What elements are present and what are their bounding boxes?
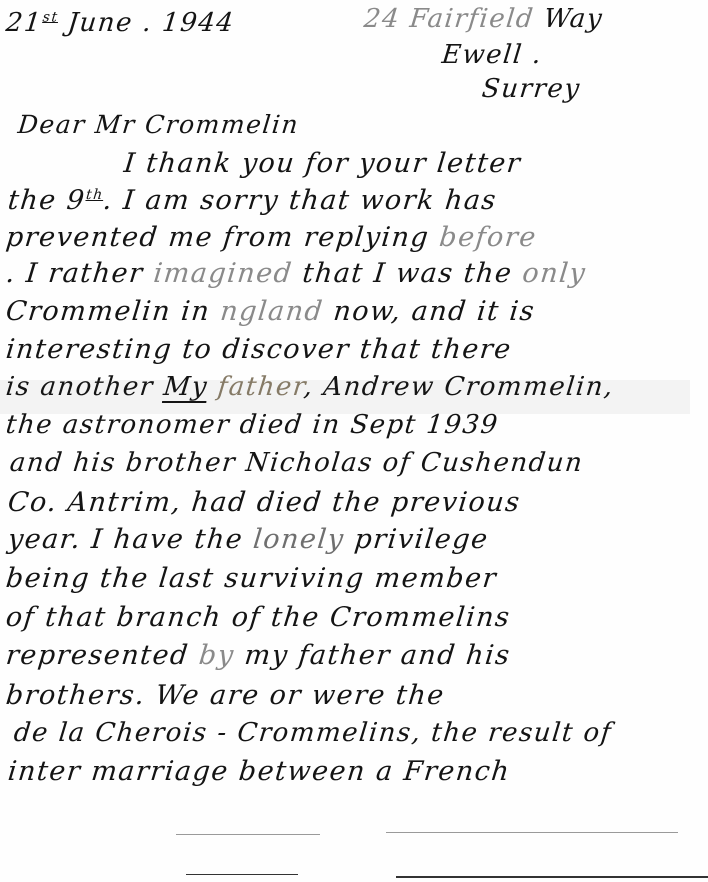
letter-line: Co. Antrim, had died the previous bbox=[6, 487, 522, 518]
line-text: th bbox=[85, 187, 104, 203]
address-way: Way bbox=[542, 4, 604, 34]
line-text: being the last surviving member bbox=[4, 563, 498, 594]
rule-line bbox=[176, 834, 320, 835]
address-line-3: Surrey bbox=[480, 74, 582, 104]
letter-line: being the last surviving member bbox=[4, 563, 498, 594]
salutation-dear: Dear bbox=[16, 110, 87, 139]
letter-line: year. I have the lonely privilege bbox=[6, 524, 490, 555]
line-text: the 9 bbox=[6, 185, 87, 216]
line-text: de la Cherois - Crommelins, the result o… bbox=[12, 718, 613, 748]
date-day-suffix: st bbox=[42, 9, 59, 25]
letter-line: is another My father, Andrew Crommelin, bbox=[4, 372, 615, 402]
letter-line: the 9th. I am sorry that work has bbox=[6, 185, 498, 216]
line-text: is another bbox=[4, 372, 165, 402]
line-text: brothers. We are or were the bbox=[4, 680, 446, 711]
line-text: year. I have the bbox=[6, 524, 255, 555]
letter-line: represented by my father and his bbox=[4, 640, 512, 671]
line-text: of that branch of the Crommelins bbox=[4, 602, 512, 633]
line-text: now, and it is bbox=[322, 296, 537, 327]
line-text: my father and his bbox=[233, 640, 512, 671]
line-text: and his brother Nicholas of Cushendun bbox=[8, 448, 584, 478]
letter-line: inter marriage between a French bbox=[6, 756, 512, 787]
letter-line: the astronomer died in Sept 1939 bbox=[4, 410, 500, 440]
line-text: I thank you for your letter bbox=[122, 148, 522, 179]
letter-line: de la Cherois - Crommelins, the result o… bbox=[12, 718, 613, 748]
line-text: interesting to discover that there bbox=[4, 334, 513, 365]
letter-line: . I rather imagined that I was the only bbox=[4, 258, 587, 289]
letter-page: 21st June . 1944 24 Fairfield Way Ewell … bbox=[0, 0, 708, 882]
salutation-name: Crommelin bbox=[144, 110, 301, 139]
address-line-2: Ewell . bbox=[440, 40, 543, 70]
letter-line: and his brother Nicholas of Cushendun bbox=[8, 448, 584, 478]
date-rest: June . 1944 bbox=[66, 8, 236, 38]
salutation-title: Mr bbox=[94, 110, 138, 139]
line-text: , Andrew Crommelin, bbox=[302, 372, 615, 402]
address-street: 24 Fairfield bbox=[362, 4, 535, 34]
letter-line: brothers. We are or were the bbox=[4, 680, 446, 711]
line-text: imagined bbox=[152, 258, 294, 289]
line-text: before bbox=[438, 222, 539, 253]
line-text: prevented me from replying bbox=[4, 222, 441, 253]
line-text: Crommelin in bbox=[4, 296, 222, 327]
letter-line: prevented me from replying before bbox=[4, 222, 538, 253]
salutation: Dear Mr Crommelin bbox=[16, 110, 300, 139]
line-text: My bbox=[162, 372, 209, 402]
letter-date: 21st June . 1944 bbox=[4, 8, 236, 38]
rule-line bbox=[396, 876, 708, 878]
letter-line: of that branch of the Crommelins bbox=[4, 602, 512, 633]
rule-line bbox=[186, 874, 298, 875]
line-text: by bbox=[197, 640, 236, 671]
line-text: . I rather bbox=[4, 258, 155, 289]
line-text: Co. Antrim, had died the previous bbox=[6, 487, 522, 518]
line-text: . I am sorry that work has bbox=[102, 185, 499, 216]
letter-line: I thank you for your letter bbox=[122, 148, 522, 179]
line-text: privilege bbox=[343, 524, 490, 555]
line-text: that I was the bbox=[291, 258, 524, 289]
line-text: the astronomer died in Sept 1939 bbox=[4, 410, 500, 440]
line-text: ngland bbox=[219, 296, 325, 327]
line-text: represented bbox=[4, 640, 200, 671]
rule-line bbox=[386, 832, 678, 833]
letter-line: Crommelin in ngland now, and it is bbox=[4, 296, 536, 327]
address-line-1: 24 Fairfield Way bbox=[362, 4, 604, 34]
line-text: only bbox=[521, 258, 588, 289]
line-text: inter marriage between a French bbox=[6, 756, 512, 787]
date-day: 21 bbox=[4, 8, 43, 38]
letter-line: interesting to discover that there bbox=[4, 334, 513, 365]
line-text: lonely bbox=[252, 524, 346, 555]
line-text: father bbox=[216, 372, 305, 402]
